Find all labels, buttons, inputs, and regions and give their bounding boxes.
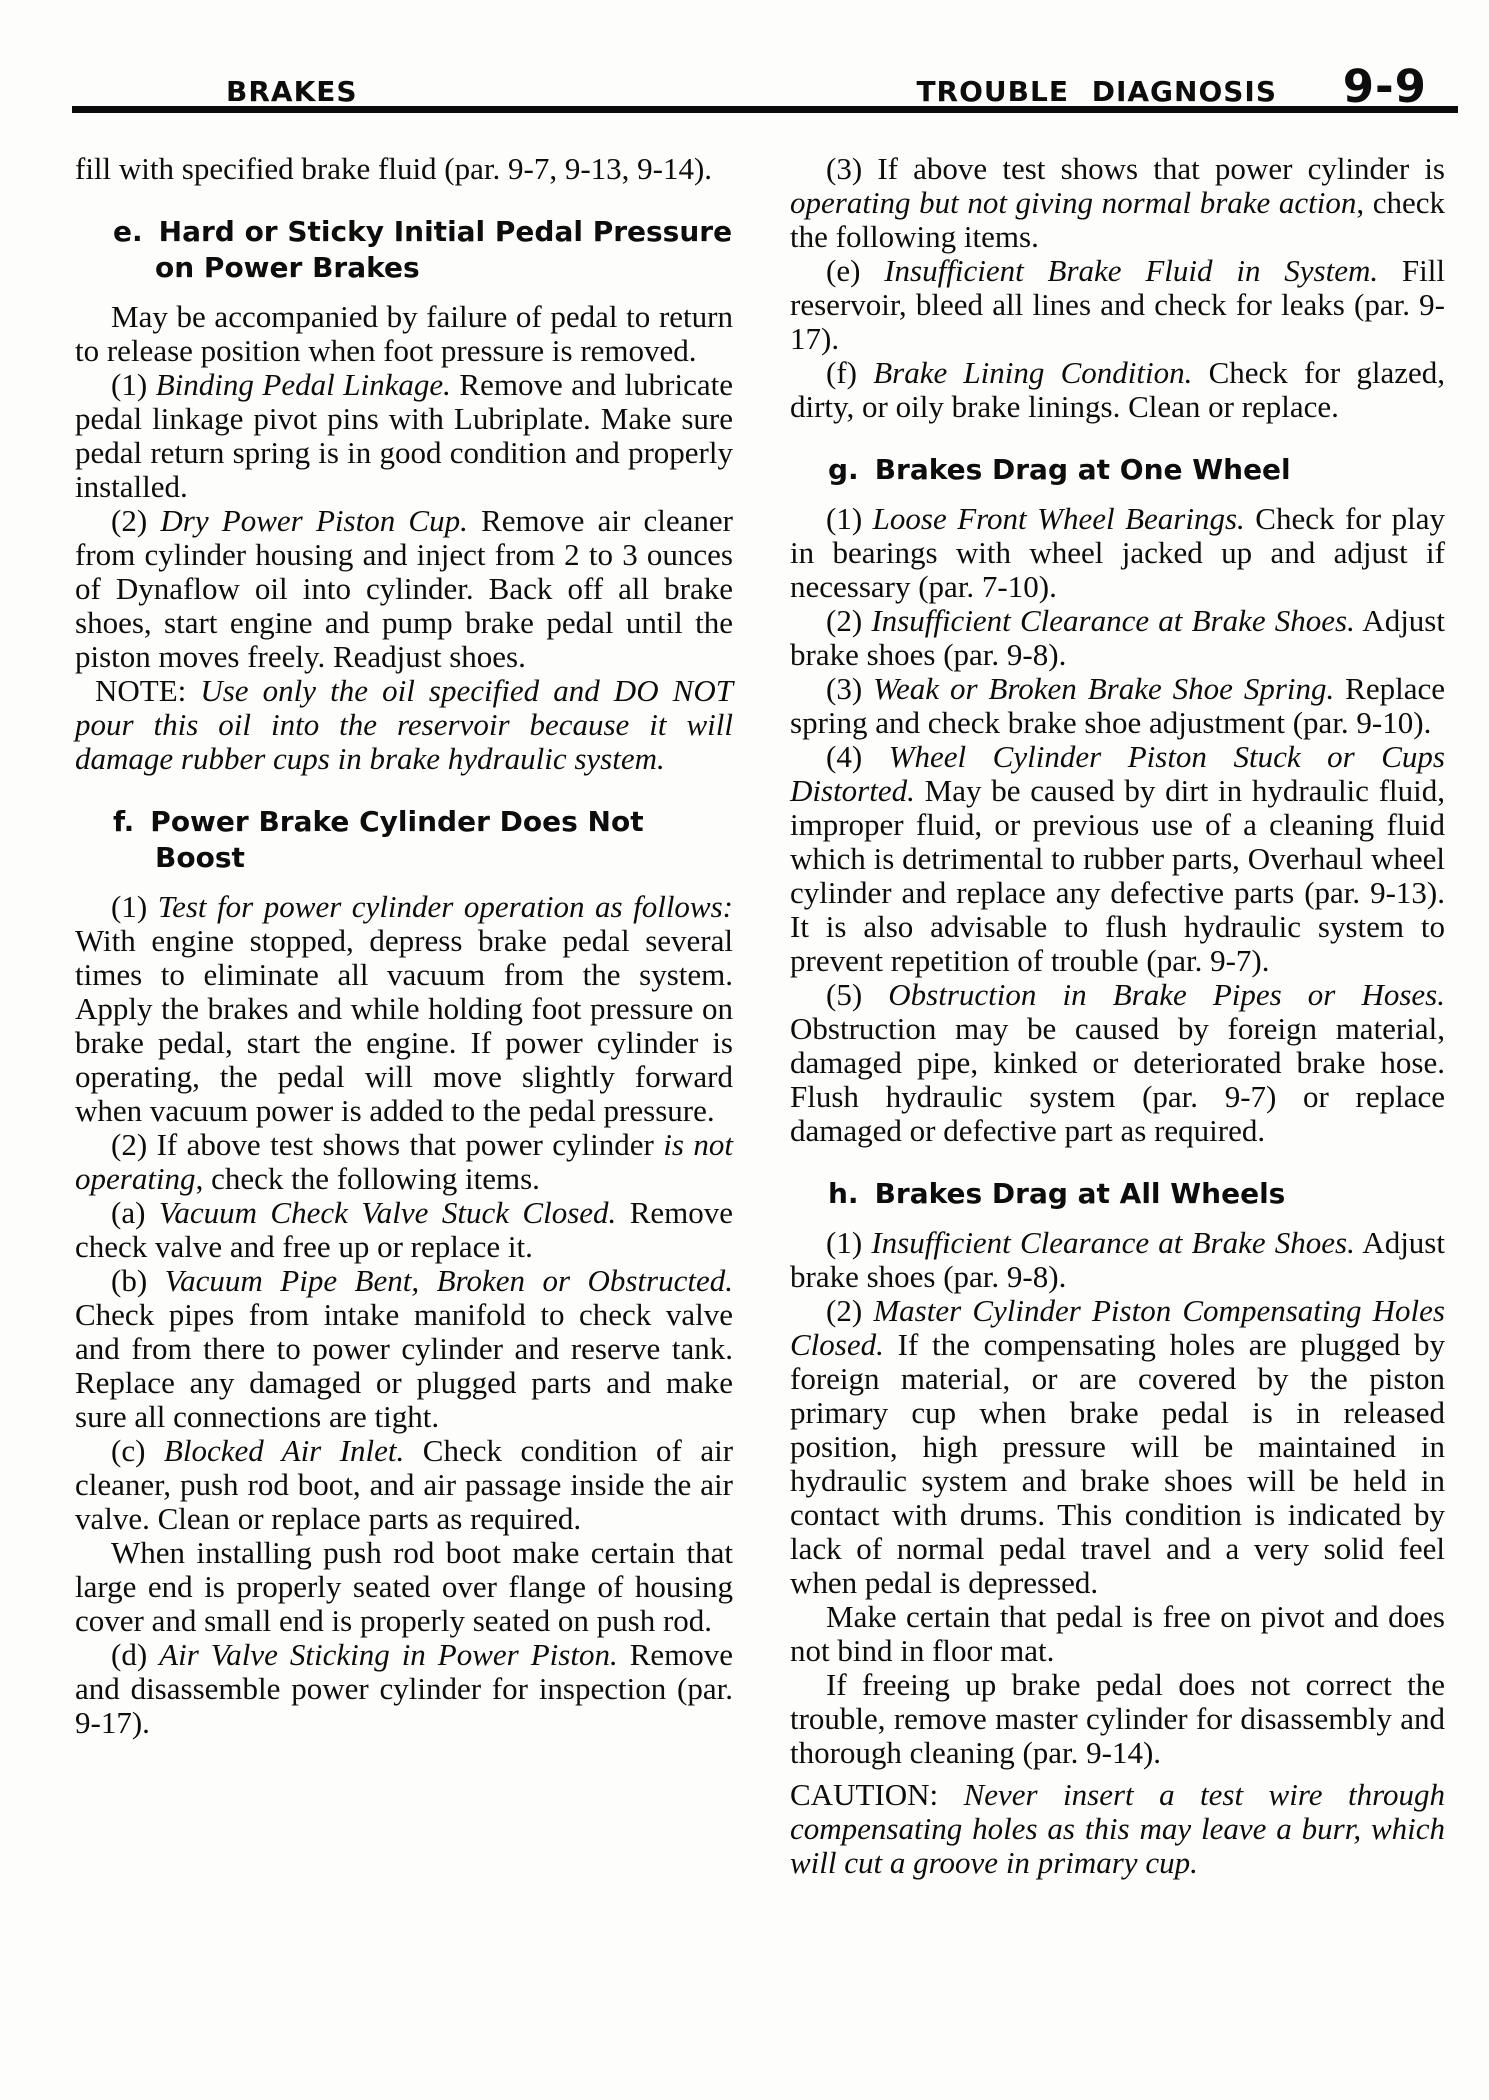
section-heading: h.Brakes Drag at All Wheels	[790, 1176, 1445, 1212]
section-heading: g.Brakes Drag at One Wheel	[790, 452, 1445, 488]
section-heading: e.Hard or Sticky Initial Pedal Pressure …	[75, 214, 733, 286]
paragraph-text: (2) Master Cylinder Piston Compensating …	[790, 1294, 1445, 1600]
paragraph-text: (3) Weak or Broken Brake Shoe Spring. Re…	[790, 672, 1445, 740]
heading-label: e.	[113, 215, 143, 248]
paragraph-text: If freeing up brake pedal does not corre…	[790, 1668, 1445, 1770]
paragraph-text: (5) Obstruction in Brake Pipes or Hoses.…	[790, 978, 1445, 1148]
paragraph-text: Make certain that pedal is free on pivot…	[790, 1600, 1445, 1668]
running-head-section: BRAKES	[226, 78, 358, 106]
paragraph-text: (2) Insufficient Clearance at Brake Shoe…	[790, 604, 1445, 672]
paragraph-text: (2) Dry Power Piston Cup. Remove air cle…	[75, 504, 733, 674]
paragraph-text: (1) Insufficient Clearance at Brake Shoe…	[790, 1226, 1445, 1294]
running-head-chapter: TROUBLE DIAGNOSIS	[916, 78, 1277, 106]
paragraph-text: (2) If above test shows that power cylin…	[75, 1128, 733, 1196]
paragraph-text: (e) Insufficient Brake Fluid in System. …	[790, 254, 1445, 356]
page-number: 9-9	[1343, 64, 1427, 109]
heading-label: f.	[113, 805, 134, 838]
page-content: fill with specified brake fluid (par. 9-…	[75, 152, 1445, 1880]
paragraph-text: (f) Brake Lining Condition. Check for gl…	[790, 356, 1445, 424]
paragraph-text: (1) Binding Pedal Linkage. Remove and lu…	[75, 368, 733, 504]
left-column: fill with specified brake fluid (par. 9-…	[75, 152, 733, 1880]
header-rule	[72, 106, 1458, 113]
paragraph-text: (d) Air Valve Sticking in Power Piston. …	[75, 1638, 733, 1740]
paragraph-text: (4) Wheel Cylinder Piston Stuck or Cups …	[790, 740, 1445, 978]
section-heading: f.Power Brake Cylinder Does Not Boost	[75, 804, 733, 876]
paragraph-text: May be accompanied by failure of pedal t…	[75, 300, 733, 368]
heading-label: g.	[828, 453, 859, 486]
paragraph-text: (3) If above test shows that power cylin…	[790, 152, 1445, 254]
paragraph-text: (1) Loose Front Wheel Bearings. Check fo…	[790, 502, 1445, 604]
manual-page: BRAKES TROUBLE DIAGNOSIS 9-9 fill with s…	[0, 0, 1489, 2100]
paragraph-text: When installing push rod boot make certa…	[75, 1536, 733, 1638]
caution-text: CAUTION: Never insert a test wire throug…	[790, 1778, 1445, 1880]
paragraph-text: (1) Test for power cylinder operation as…	[75, 890, 733, 1128]
note-text: NOTE: Use only the oil specified and DO …	[75, 674, 733, 776]
heading-label: h.	[828, 1177, 859, 1210]
paragraph-text: (c) Blocked Air Inlet. Check condition o…	[75, 1434, 733, 1536]
paragraph-text: (b) Vacuum Pipe Bent, Broken or Obstruct…	[75, 1264, 733, 1434]
paragraph-text: fill with specified brake fluid (par. 9-…	[75, 152, 733, 186]
right-column: (3) If above test shows that power cylin…	[790, 152, 1445, 1880]
paragraph-text: (a) Vacuum Check Valve Stuck Closed. Rem…	[75, 1196, 733, 1264]
